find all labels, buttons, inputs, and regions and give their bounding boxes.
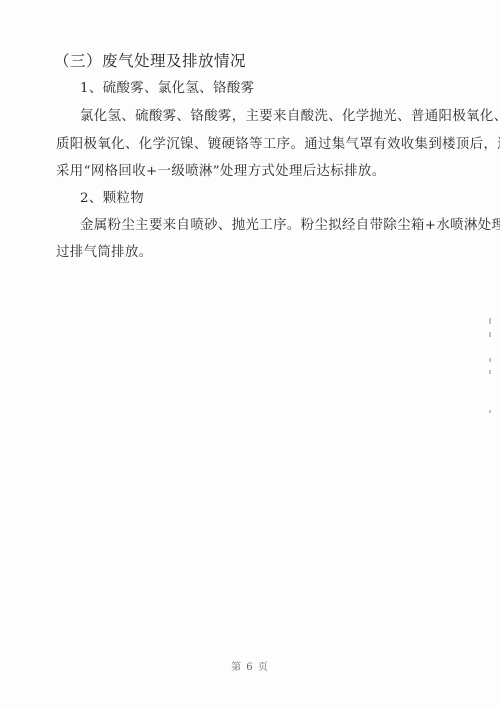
scan-artifact-marks	[489, 318, 493, 418]
paragraph-line: 采用“网格回收+一级喷淋”处理方式处理后达标排放。	[56, 160, 386, 179]
paragraph-line: 质阳极氧化、化学沉镍、镀硬铬等工序。通过集气罩有效收集到楼顶后，通过	[56, 133, 500, 152]
paragraph-line: 氯化氢、硫酸雾、铬酸雾，主要来自酸洗、化学抛光、普通阳极氧化、硬	[80, 105, 500, 124]
paragraph-line: 过排气筒排放。	[56, 241, 153, 260]
document-page: （三）废气处理及排放情况 1、硫酸雾、氯化氢、铬酸雾 氯化氢、硫酸雾、铬酸雾，主…	[0, 0, 500, 707]
section-title: （三）废气处理及排放情况	[54, 49, 246, 71]
paragraph-line: 金属粉尘主要来自喷砂、抛光工序。粉尘拟经自带除尘箱+水喷淋处理后通	[80, 214, 500, 233]
page-number: 第 6 页	[0, 658, 500, 673]
subsection-title-acid-mist: 1、硫酸雾、氯化氢、铬酸雾	[80, 77, 254, 96]
subsection-title-particulates: 2、颗粒物	[80, 187, 144, 206]
